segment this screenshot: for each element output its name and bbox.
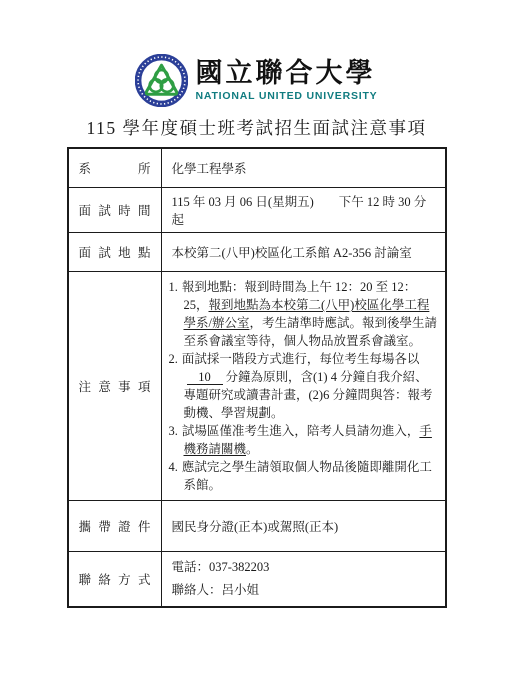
note-text: 。 xyxy=(246,442,259,456)
cell-interview-time-label: 面 試 時 間 xyxy=(68,188,162,233)
note-number: 4. xyxy=(169,460,178,474)
cell-documents-value: 國民身分證(正本)或駕照(正本) xyxy=(161,501,446,552)
page-title: 115 學年度碩士班考試招生面試注意事項 xyxy=(0,115,513,140)
interview-location-label: 面 試 地 點 xyxy=(79,243,151,261)
interview-location-value: 本校第二(八甲)校區化工系館 A2-356 討論室 xyxy=(172,246,412,260)
university-name-en: NATIONAL UNITED UNIVERSITY xyxy=(195,90,377,102)
note-number: 3. xyxy=(169,424,178,438)
cell-interview-time-value: 115 年 03 月 06 日(星期五) 下午 12 時 30 分起 xyxy=(161,188,446,233)
cell-contact-label: 聯 絡 方 式 xyxy=(68,552,162,608)
row-interview-location: 面 試 地 點 本校第二(八甲)校區化工系館 A2-356 討論室 xyxy=(68,233,446,272)
note-item-4: 4.應試完之學生請領取個人物品後隨即離開化工系館。 xyxy=(169,458,439,494)
note-text: 應試完之學生請領取個人物品後隨即離開化工系館。 xyxy=(182,460,432,492)
university-name-block: 國立聯合大學 NATIONAL UNITED UNIVERSITY xyxy=(195,59,377,103)
documents-value: 國民身分證(正本)或駕照(正本) xyxy=(172,520,339,534)
interview-time-value: 115 年 03 月 06 日(星期五) 下午 12 時 30 分起 xyxy=(172,195,427,227)
university-emblem-icon xyxy=(135,54,188,107)
documents-label: 攜 帶 證 件 xyxy=(79,517,151,535)
note-item-2: 2.面試採一階段方式進行，每位考生每場各以10分鐘為原則，含(1) 4 分鐘自我… xyxy=(169,350,439,422)
note-number: 1. xyxy=(169,280,178,294)
notes-label: 注 意 事 項 xyxy=(79,377,151,395)
row-contact: 聯 絡 方 式 電話：037-382203 聯絡人：呂小姐 xyxy=(68,552,446,608)
university-name-zh: 國立聯合大學 xyxy=(195,59,375,89)
note-item-1: 1.報到地點：報到時間為上午 12：20 至 12：25，報到地點為本校第二(八… xyxy=(169,278,439,350)
row-documents: 攜 帶 證 件 國民身分證(正本)或駕照(正本) xyxy=(68,501,446,552)
notice-table: 系 所 化學工程學系 面 試 時 間 115 年 03 月 06 日(星期五) … xyxy=(67,147,447,608)
interview-time-label: 面 試 時 間 xyxy=(79,201,151,219)
cell-notes-label: 注 意 事 項 xyxy=(68,272,162,501)
note-text: 面試採一階段方式進行，每位考生每場各以 xyxy=(182,352,420,366)
row-department: 系 所 化學工程學系 xyxy=(68,148,446,188)
university-logo: 國立聯合大學 NATIONAL UNITED UNIVERSITY xyxy=(0,0,513,107)
cell-contact-value: 電話：037-382203 聯絡人：呂小姐 xyxy=(161,552,446,608)
note-text: 試場區僅准考生進入，陪考人員請勿進入， xyxy=(182,424,420,438)
note-item-3: 3.試場區僅准考生進入，陪考人員請勿進入，手機務請關機。 xyxy=(169,422,439,458)
cell-interview-location-label: 面 試 地 點 xyxy=(68,233,162,272)
cell-department-label: 系 所 xyxy=(68,148,162,188)
cell-documents-label: 攜 帶 證 件 xyxy=(68,501,162,552)
cell-notes-value: 1.報到地點：報到時間為上午 12：20 至 12：25，報到地點為本校第二(八… xyxy=(161,272,446,501)
row-interview-time: 面 試 時 間 115 年 03 月 06 日(星期五) 下午 12 時 30 … xyxy=(68,188,446,233)
department-label: 系 所 xyxy=(79,159,151,177)
department-value: 化學工程學系 xyxy=(172,162,247,176)
document-page: 國立聯合大學 NATIONAL UNITED UNIVERSITY 115 學年… xyxy=(0,0,513,700)
cell-department-value: 化學工程學系 xyxy=(161,148,446,188)
cell-interview-location-value: 本校第二(八甲)校區化工系館 A2-356 討論室 xyxy=(161,233,446,272)
contact-label: 聯 絡 方 式 xyxy=(79,570,151,588)
note-number: 2. xyxy=(169,352,178,366)
contact-person: 聯絡人：呂小姐 xyxy=(172,583,437,598)
note-filled-blank: 10 xyxy=(187,371,223,385)
contact-phone: 電話：037-382203 xyxy=(172,560,437,575)
row-notes: 注 意 事 項 1.報到地點：報到時間為上午 12：20 至 12：25，報到地… xyxy=(68,272,446,501)
